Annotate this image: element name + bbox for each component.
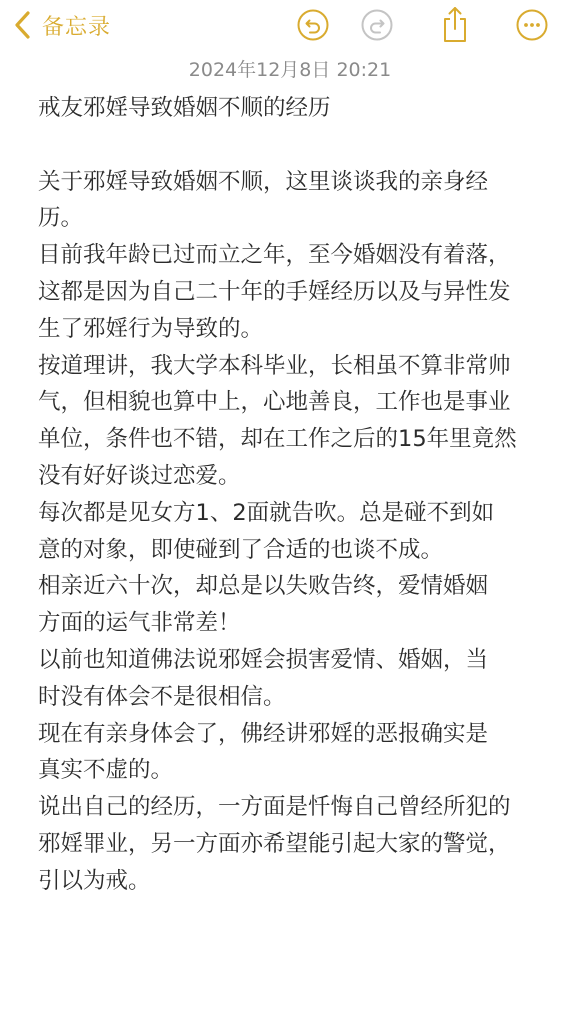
note-line: 说出自己的经历，一方面是忏悔自己曾经所犯的 — [38, 789, 543, 826]
redo-button[interactable] — [360, 8, 394, 42]
note-line: 没有好好谈过恋爱。 — [38, 458, 543, 495]
note-body[interactable]: 戒友邪婬导致婚姻不顺的经历 关于邪婬导致婚姻不顺，这里谈谈我的亲身经 历。 目前… — [38, 90, 543, 900]
note-line: 按道理讲，我大学本科毕业，长相虽不算非常帅 — [38, 348, 543, 385]
note-line: 方面的运气非常差！ — [38, 605, 543, 642]
note-title: 戒友邪婬导致婚姻不顺的经历 — [38, 90, 543, 127]
note-line: 引以为戒。 — [38, 863, 543, 900]
note-line: 邪婬罪业，另一方面亦希望能引起大家的警觉， — [38, 826, 543, 863]
more-icon — [515, 8, 549, 42]
note-line: 以前也知道佛法说邪婬会损害爱情、婚姻，当 — [38, 642, 543, 679]
nav-bar: 备忘录 — [0, 0, 580, 52]
note-line: 单位，条件也不错，却在工作之后的15年里竟然 — [38, 421, 543, 458]
share-button[interactable] — [438, 5, 472, 43]
note-line: 历。 — [38, 200, 543, 237]
note-line: 每次都是见女方1、2面就告吹。总是碰不到如 — [38, 495, 543, 532]
undo-button[interactable] — [296, 8, 330, 42]
note-line: 真实不虚的。 — [38, 752, 543, 789]
note-line: 气，但相貌也算中上，心地善良，工作也是事业 — [38, 384, 543, 421]
chevron-left-icon — [14, 10, 32, 40]
redo-icon — [360, 8, 394, 42]
note-line: 意的对象，即使碰到了合适的也谈不成。 — [38, 532, 543, 569]
share-icon — [438, 5, 472, 43]
more-button[interactable] — [515, 8, 549, 42]
note-line: 目前我年龄已过而立之年，至今婚姻没有着落， — [38, 237, 543, 274]
note-line: 现在有亲身体会了，佛经讲邪婬的恶报确实是 — [38, 716, 543, 753]
note-date: 2024年12月8日 20:21 — [0, 56, 580, 84]
note-line: 关于邪婬导致婚姻不顺，这里谈谈我的亲身经 — [38, 164, 543, 201]
note-line: 生了邪婬行为导致的。 — [38, 311, 543, 348]
back-button[interactable]: 备忘录 — [14, 8, 111, 42]
note-line: 时没有体会不是很相信。 — [38, 679, 543, 716]
note-line: 相亲近六十次，却总是以失败告终，爱情婚姻 — [38, 568, 543, 605]
note-line: 这都是因为自己二十年的手婬经历以及与异性发 — [38, 274, 543, 311]
note-line — [38, 127, 543, 164]
back-label: 备忘录 — [42, 10, 111, 41]
undo-icon — [296, 8, 330, 42]
